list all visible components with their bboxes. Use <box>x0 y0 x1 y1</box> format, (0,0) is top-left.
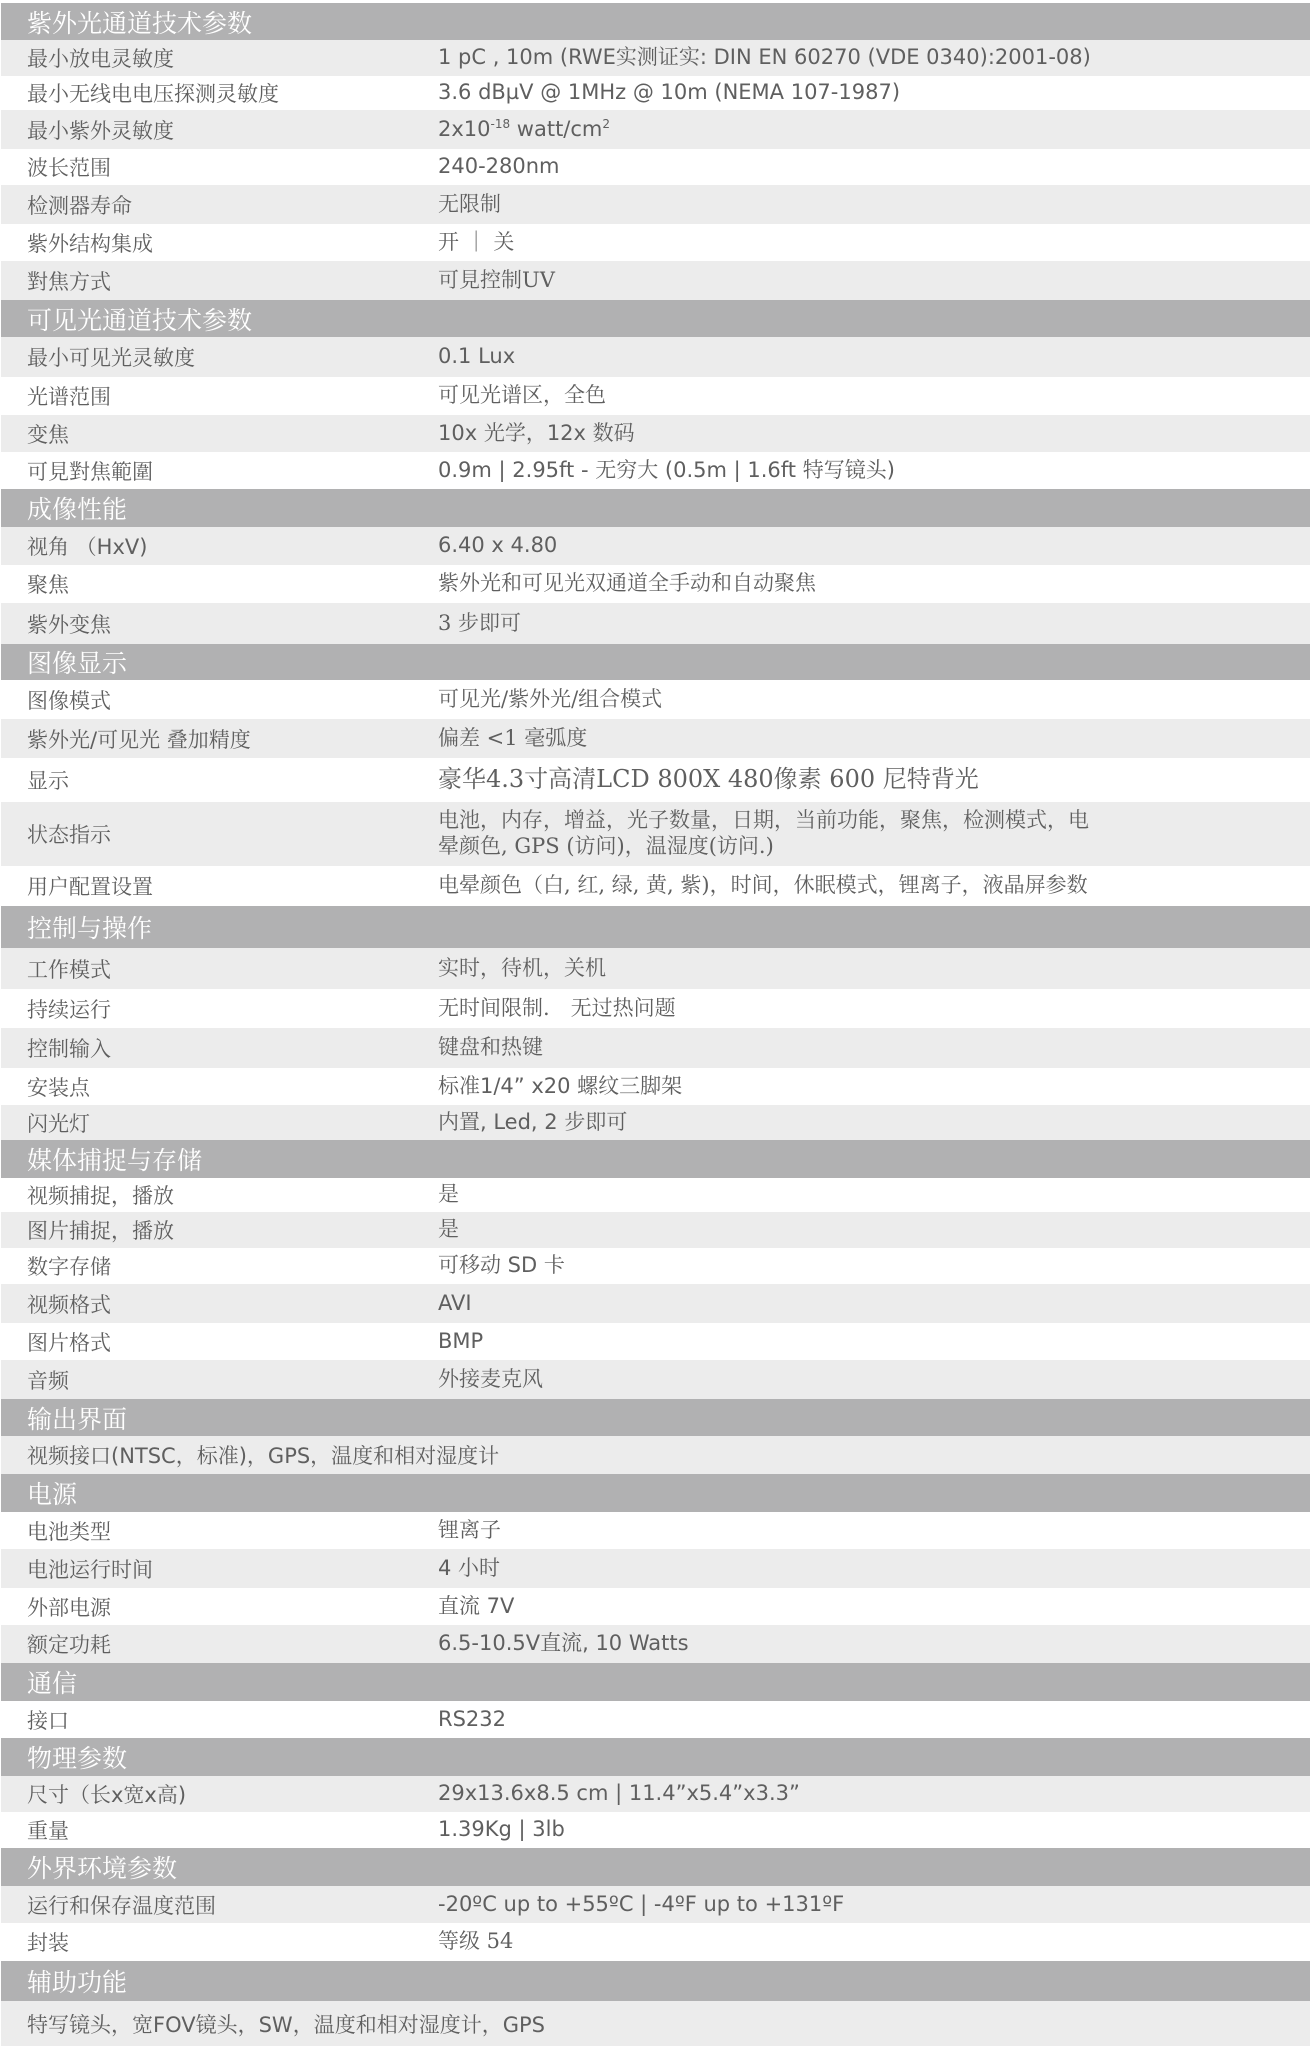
spec-label: 图片格式 <box>1 1327 438 1357</box>
spec-value: AVI <box>438 1291 1310 1317</box>
table-row: 封装等级 54 <box>1 1923 1310 1961</box>
table-row: 用户配置设置电晕颜色（白, 红, 绿, 黄, 紫)，时间，休眠模式，锂离子，液晶… <box>1 866 1310 906</box>
spec-table: 紫外光通道技术参数 最小放电灵敏度1 pC , 10m (RWE实测证实: DI… <box>1 3 1310 2046</box>
spec-value: 内置, Led, 2 步即可 <box>438 1110 1310 1136</box>
spec-label: 数字存储 <box>1 1251 438 1281</box>
spec-value: 等级 54 <box>438 1929 1310 1955</box>
table-row: 电池运行时间4 小时 <box>1 1549 1310 1588</box>
spec-value: 3 步即可 <box>438 611 1310 637</box>
spec-label: 用户配置设置 <box>1 871 438 901</box>
spec-label: 接口 <box>1 1705 438 1735</box>
value-unit: watt/cm <box>510 117 602 141</box>
section-header-power: 电源 <box>1 1474 1310 1512</box>
table-row: 控制输入键盘和热键 <box>1 1028 1310 1068</box>
spec-value: 可移动 SD 卡 <box>438 1253 1310 1279</box>
spec-value: 锂离子 <box>438 1518 1310 1544</box>
spec-label: 视频捕捉，播放 <box>1 1180 438 1210</box>
spec-value: 29x13.6x8.5 cm | 11.4”x5.4”x3.3” <box>438 1781 1310 1807</box>
spec-value: 可见光/紫外光/组合模式 <box>438 687 1310 713</box>
spec-label: 音频 <box>1 1365 438 1395</box>
spec-value: 紫外光和可见光双通道全手动和自动聚焦 <box>438 571 1310 597</box>
table-row: 电池类型锂离子 <box>1 1512 1310 1549</box>
spec-value: 开 ｜ 关 <box>438 230 1310 256</box>
spec-label: 聚焦 <box>1 569 438 599</box>
table-row: 特写镜头，宽FOV镜头，SW，温度和相对湿度计，GPS <box>1 2001 1310 2046</box>
section-header-uv-channel: 紫外光通道技术参数 <box>1 3 1310 40</box>
table-row: 变焦10x 光学，12x 数码 <box>1 415 1310 452</box>
spec-label: 紫外结构集成 <box>1 228 438 258</box>
spec-value: 1.39Kg | 3lb <box>438 1817 1310 1843</box>
value-base: 2x10 <box>438 117 491 141</box>
table-row: 显示豪华4.3寸高清LCD 800X 480像素 600 尼特背光 <box>1 758 1310 802</box>
table-row: 可見對焦範圍0.9m | 2.95ft - 无穷大 (0.5m | 1.6ft … <box>1 452 1310 489</box>
table-row: 视角 （HxV)6.40 x 4.80 <box>1 527 1310 565</box>
spec-label: 封装 <box>1 1927 438 1957</box>
table-row: 持续运行无时间限制. 无过热问题 <box>1 989 1310 1028</box>
spec-value: 0.1 Lux <box>438 344 1310 370</box>
spec-label: 额定功耗 <box>1 1629 438 1659</box>
section-header-output-interface: 输出界面 <box>1 1399 1310 1436</box>
table-row: 图片捕捉，播放是 <box>1 1212 1310 1248</box>
table-row: 尺寸（长x宽x高)29x13.6x8.5 cm | 11.4”x5.4”x3.3… <box>1 1776 1310 1812</box>
section-header-image-display: 图像显示 <box>1 644 1310 680</box>
section-header-environment: 外界环境参数 <box>1 1848 1310 1886</box>
spec-label: 光谱范围 <box>1 381 438 411</box>
spec-label: 视角 （HxV) <box>1 531 438 561</box>
spec-value: 豪华4.3寸高清LCD 800X 480像素 600 尼特背光 <box>438 765 1310 794</box>
spec-value: 可見控制UV <box>438 268 1310 294</box>
spec-value: 6.5-10.5V直流, 10 Watts <box>438 1631 1310 1657</box>
spec-full-row: 视频接口(NTSC，标准)，GPS，温度和相对湿度计 <box>1 1440 499 1470</box>
table-row: 紫外结构集成开 ｜ 关 <box>1 224 1310 261</box>
section-header-media-capture-storage: 媒体捕捉与存储 <box>1 1140 1310 1178</box>
spec-label: 最小可见光灵敏度 <box>1 342 438 372</box>
spec-label: 工作模式 <box>1 954 438 984</box>
spec-label: 尺寸（长x宽x高) <box>1 1779 438 1809</box>
spec-label: 运行和保存温度范围 <box>1 1890 438 1920</box>
spec-value: 是 <box>438 1217 1310 1243</box>
table-row: 光谱范围可见光谱区，全色 <box>1 377 1310 415</box>
table-row: 紫外变焦3 步即可 <box>1 603 1310 644</box>
table-row: 视频接口(NTSC，标准)，GPS，温度和相对湿度计 <box>1 1436 1310 1474</box>
spec-label: 重量 <box>1 1815 438 1845</box>
value-unit-exponent: 2 <box>602 117 610 131</box>
spec-label: 变焦 <box>1 419 438 449</box>
spec-value: 电池，内存，增益，光子数量，日期，当前功能，聚焦，检测模式，电晕颜色, GPS … <box>438 808 1098 859</box>
section-header-imaging-performance: 成像性能 <box>1 489 1310 527</box>
table-row: 最小紫外灵敏度2x10-18 watt/cm2 <box>1 110 1310 149</box>
table-row: 额定功耗6.5-10.5V直流, 10 Watts <box>1 1625 1310 1663</box>
spec-label: 显示 <box>1 765 438 795</box>
spec-value: 直流 7V <box>438 1594 1310 1620</box>
spec-value: BMP <box>438 1329 1310 1355</box>
spec-label: 持续运行 <box>1 994 438 1024</box>
spec-label: 對焦方式 <box>1 266 438 296</box>
table-row: 视频捕捉，播放是 <box>1 1178 1310 1212</box>
table-row: 安装点标准1/4” x20 螺纹三脚架 <box>1 1068 1310 1105</box>
spec-label: 图像模式 <box>1 685 438 715</box>
spec-value: 10x 光学，12x 数码 <box>438 421 1310 447</box>
spec-label: 闪光灯 <box>1 1108 438 1138</box>
table-row: 接口RS232 <box>1 1701 1310 1738</box>
table-row: 最小无线电电压探测灵敏度3.6 dBµV @ 1MHz @ 10m (NEMA … <box>1 76 1310 110</box>
spec-value: -20ºC up to +55ºC | -4ºF up to +131ºF <box>438 1892 1310 1918</box>
spec-label: 视频格式 <box>1 1289 438 1319</box>
spec-label: 控制输入 <box>1 1033 438 1063</box>
spec-label: 波长范围 <box>1 152 438 182</box>
spec-label: 外部电源 <box>1 1592 438 1622</box>
spec-label: 安装点 <box>1 1072 438 1102</box>
spec-value: 无时间限制. 无过热问题 <box>438 996 1310 1022</box>
value-exponent: -18 <box>491 117 511 131</box>
spec-value: 偏差 <1 毫弧度 <box>438 726 1310 752</box>
spec-label: 最小无线电电压探测灵敏度 <box>1 78 438 108</box>
table-row: 闪光灯内置, Led, 2 步即可 <box>1 1105 1310 1140</box>
spec-value: 键盘和热键 <box>438 1035 1310 1061</box>
section-header-control-operation: 控制与操作 <box>1 906 1310 948</box>
table-row: 状态指示电池，内存，增益，光子数量，日期，当前功能，聚焦，检测模式，电晕颜色, … <box>1 802 1310 866</box>
spec-value: 2x10-18 watt/cm2 <box>438 117 1310 143</box>
spec-value: 电晕颜色（白, 红, 绿, 黄, 紫)，时间，休眠模式，锂离子，液晶屏参数 <box>438 873 1310 899</box>
table-row: 最小可见光灵敏度0.1 Lux <box>1 337 1310 377</box>
spec-label: 可見對焦範圍 <box>1 456 438 486</box>
table-row: 视频格式AVI <box>1 1284 1310 1323</box>
spec-value: 无限制 <box>438 192 1310 218</box>
table-row: 图像模式可见光/紫外光/组合模式 <box>1 680 1310 719</box>
spec-label: 最小放电灵敏度 <box>1 43 438 73</box>
spec-value: 3.6 dBµV @ 1MHz @ 10m (NEMA 107-1987) <box>438 80 1310 106</box>
spec-label: 最小紫外灵敏度 <box>1 115 438 145</box>
table-row: 音频外接麦克风 <box>1 1360 1310 1399</box>
spec-value: 外接麦克风 <box>438 1367 1310 1393</box>
table-row: 检测器寿命无限制 <box>1 185 1310 224</box>
table-row: 波长范围240-280nm <box>1 149 1310 185</box>
spec-value: 6.40 x 4.80 <box>438 533 1310 559</box>
section-header-visible-channel: 可见光通道技术参数 <box>1 300 1310 337</box>
spec-label: 状态指示 <box>1 819 438 849</box>
table-row: 数字存储可移动 SD 卡 <box>1 1248 1310 1284</box>
spec-value: 实时，待机，关机 <box>438 956 1310 982</box>
spec-label: 电池运行时间 <box>1 1554 438 1584</box>
table-row: 紫外光/可见光 叠加精度偏差 <1 毫弧度 <box>1 719 1310 758</box>
spec-value: 1 pC , 10m (RWE实测证实: DIN EN 60270 (VDE 0… <box>438 45 1310 71</box>
spec-value: 标准1/4” x20 螺纹三脚架 <box>438 1074 1310 1100</box>
spec-value: 4 小时 <box>438 1556 1310 1582</box>
spec-label: 检测器寿命 <box>1 190 438 220</box>
spec-label: 图片捕捉，播放 <box>1 1215 438 1245</box>
table-row: 對焦方式可見控制UV <box>1 261 1310 300</box>
spec-value: 可见光谱区，全色 <box>438 383 1310 409</box>
table-row: 重量1.39Kg | 3lb <box>1 1812 1310 1848</box>
table-row: 聚焦紫外光和可见光双通道全手动和自动聚焦 <box>1 565 1310 603</box>
section-header-physical: 物理参数 <box>1 1738 1310 1776</box>
spec-value: RS232 <box>438 1707 1310 1733</box>
table-row: 图片格式BMP <box>1 1323 1310 1360</box>
table-row: 运行和保存温度范围-20ºC up to +55ºC | -4ºF up to … <box>1 1886 1310 1923</box>
spec-value: 0.9m | 2.95ft - 无穷大 (0.5m | 1.6ft 特写镜头) <box>438 458 1310 484</box>
table-row: 最小放电灵敏度1 pC , 10m (RWE实测证实: DIN EN 60270… <box>1 40 1310 76</box>
table-row: 外部电源直流 7V <box>1 1588 1310 1625</box>
section-header-auxiliary: 辅助功能 <box>1 1961 1310 2001</box>
spec-value: 是 <box>438 1182 1310 1208</box>
spec-full-row: 特写镜头，宽FOV镜头，SW，温度和相对湿度计，GPS <box>1 2009 545 2039</box>
table-row: 工作模式实时，待机，关机 <box>1 948 1310 989</box>
spec-label: 电池类型 <box>1 1516 438 1546</box>
section-header-communication: 通信 <box>1 1663 1310 1701</box>
spec-value: 240-280nm <box>438 154 1310 180</box>
spec-label: 紫外变焦 <box>1 609 438 639</box>
spec-label: 紫外光/可见光 叠加精度 <box>1 724 438 754</box>
